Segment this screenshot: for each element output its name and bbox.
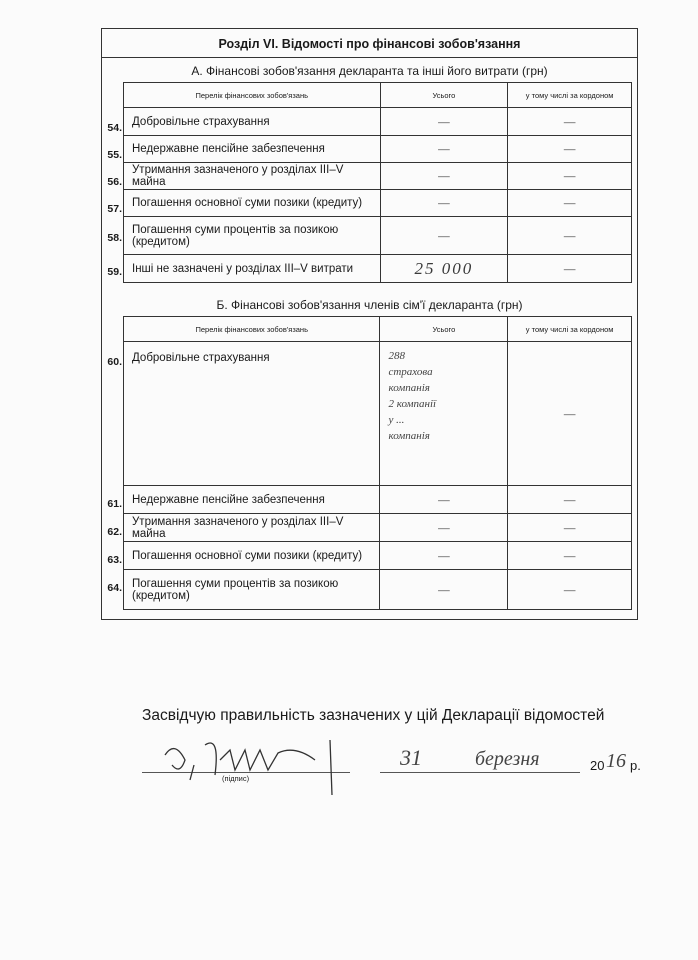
table-row: Погашення суми процентів за позикою (кре… [124,570,632,610]
table-row: Погашення суми процентів за позикою (кре… [124,217,632,255]
signature-scribble [160,735,340,805]
row-number: 64. [104,582,122,594]
table-row: Утримання зазначеного у розділах III–V м… [124,163,632,190]
table-row: Добровільне страхування 288 страхова ком… [124,342,632,486]
certification-text: Засвідчую правильність зазначених у цій … [142,707,604,725]
table-row: Недержавне пенсійне забезпечення—— [124,136,632,163]
col-header-list: Перелік фінансових зобов'язань [124,83,381,108]
row-number: 58. [104,232,122,244]
row-number: 54. [104,122,122,134]
row-number: 61. [104,498,122,510]
part-a-title: А. Фінансові зобов'язання декларанта та … [101,64,638,78]
table-row: Погашення основної суми позики (кредиту)… [124,190,632,217]
col-header-abroad: у тому числі за кордоном [508,83,632,108]
table-row: Утримання зазначеного у розділах III–V м… [124,514,632,542]
signature-caption: (підпис) [222,774,249,783]
table-row: Інші не зазначені у розділах III–V витра… [124,255,632,283]
col-header-total: Усього [380,317,508,342]
row-number: 62. [104,526,122,538]
date-year-end: р. [630,758,641,773]
col-header-abroad: у тому числі за кордоном [508,317,632,342]
handwritten-note: 288 страхова компанія 2 компанії у ... к… [380,342,508,486]
row-number: 63. [104,554,122,566]
date-line [380,772,580,773]
part-b-table: Перелік фінансових зобов'язань Усього у … [123,316,632,610]
date-year-suffix: 16 [606,750,626,773]
table-row: Недержавне пенсійне забезпечення—— [124,486,632,514]
row-number: 60. [104,356,122,368]
date-year-prefix: 20 [590,758,604,773]
row-number: 55. [104,149,122,161]
date-month: березня [475,748,540,771]
date-day: 31 [400,745,422,771]
row-number: 59. [104,266,122,278]
row-number: 57. [104,203,122,215]
row-number: 56. [104,176,122,188]
table-row: Добровільне страхування—— [124,108,632,136]
section-title: Розділ VI. Відомості про фінансові зобов… [101,28,638,58]
col-header-list: Перелік фінансових зобов'язань [124,317,380,342]
part-b-title: Б. Фінансові зобов'язання членів сім'ї д… [101,298,638,312]
part-a-table: Перелік фінансових зобов'язань Усього у … [123,82,632,283]
col-header-total: Усього [380,83,508,108]
table-row: Погашення основної суми позики (кредиту)… [124,542,632,570]
